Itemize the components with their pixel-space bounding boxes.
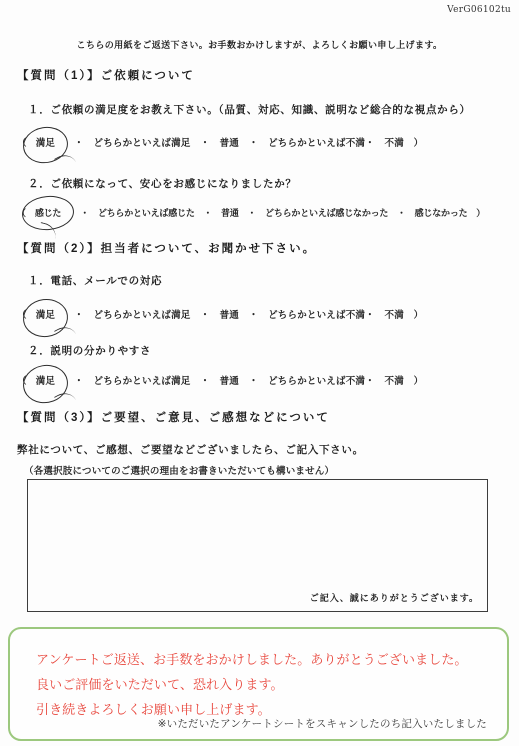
scale-options: ・ どちらかといえば満足 ・ 普通 ・ どちらかといえば不満・ 不満 ） [74, 376, 423, 387]
answer-circle-mark: 感じた [35, 206, 61, 220]
answer-circle-mark: 満足 [36, 375, 55, 389]
return-instruction: こちらの用紙をご返送下さい。お手数おかけしますが、よろしくお願い申し上げます。 [0, 38, 519, 51]
circled-answer: 感じた [35, 208, 61, 218]
q2-1-scale: （満足・ どちらかといえば満足 ・ 普通 ・ どちらかといえば不満・ 不満 ） [17, 309, 423, 323]
reply-line-1: アンケートご返送、お手数をおかけしました。ありがとうございました。 [36, 649, 468, 668]
q1-1-prompt: １．ご依頼の満足度をお教え下さい。（品質、対応、知識、説明など総合的な視点から） [28, 102, 471, 117]
q1-1-scale: （満足・ どちらかといえば満足 ・ 普通 ・ どちらかといえば不満・ 不満 ） [17, 137, 423, 151]
circled-answer: 満足 [36, 310, 55, 321]
section-2-header: 【質問（2）】担当者について、お聞かせ下さい。 [17, 240, 316, 256]
q2-2-prompt: ２．説明の分かりやすさ [28, 343, 151, 358]
comment-lead: 弊社について、ご感想、ご要望などございましたら、ご記入下さい。 [17, 442, 364, 457]
circled-answer: 満足 [36, 376, 55, 387]
survey-sheet: VerG06102tu こちらの用紙をご返送下さい。お手数おかけしますが、よろし… [0, 0, 519, 746]
q2-2-scale: （満足・ どちらかといえば満足 ・ 普通 ・ どちらかといえば不満・ 不満 ） [17, 375, 423, 389]
scale-options: ・ どちらかといえば感じた ・ 普通 ・ どちらかといえば感じなかった ・ 感じ… [80, 208, 485, 218]
q1-2-prompt: ２．ご依頼になって、安心をお感じになりましたか？ [28, 176, 297, 191]
comment-subnote: （各選択肢についてのご選択の理由をお書きいただいても構いません） [24, 463, 334, 477]
answer-circle-mark: 満足 [36, 137, 55, 151]
answer-circle-mark: 満足 [36, 309, 55, 323]
section-3-header: 【質問（3）】ご要望、ご意見、ご感想などについて [17, 409, 330, 425]
thanks-note: ご記入、誠にありがとうございます。 [310, 591, 479, 604]
reply-line-2: 良いご評価をいただいて、恐れ入ります。 [36, 674, 284, 693]
version-label: VerG06102tu [447, 5, 511, 15]
scan-note: ※いただいたアンケートシートをスキャンしたのち記入いたしました [158, 716, 487, 731]
comment-box: ご記入、誠にありがとうございます。 [27, 479, 488, 612]
section-1-header: 【質問（1）】ご依頼について [17, 67, 195, 83]
scale-options: ・ どちらかといえば満足 ・ 普通 ・ どちらかといえば不満・ 不満 ） [74, 138, 423, 149]
reply-frame: アンケートご返送、お手数をおかけしました。ありがとうございました。 良いご評価を… [8, 627, 509, 741]
scale-options: ・ どちらかといえば満足 ・ 普通 ・ どちらかといえば不満・ 不満 ） [74, 310, 423, 321]
q2-1-prompt: １．電話、メールでの対応 [28, 273, 162, 288]
q1-2-scale: （感じた・ どちらかといえば感じた ・ 普通 ・ どちらかといえば感じなかった … [17, 206, 485, 220]
circled-answer: 満足 [36, 138, 55, 149]
